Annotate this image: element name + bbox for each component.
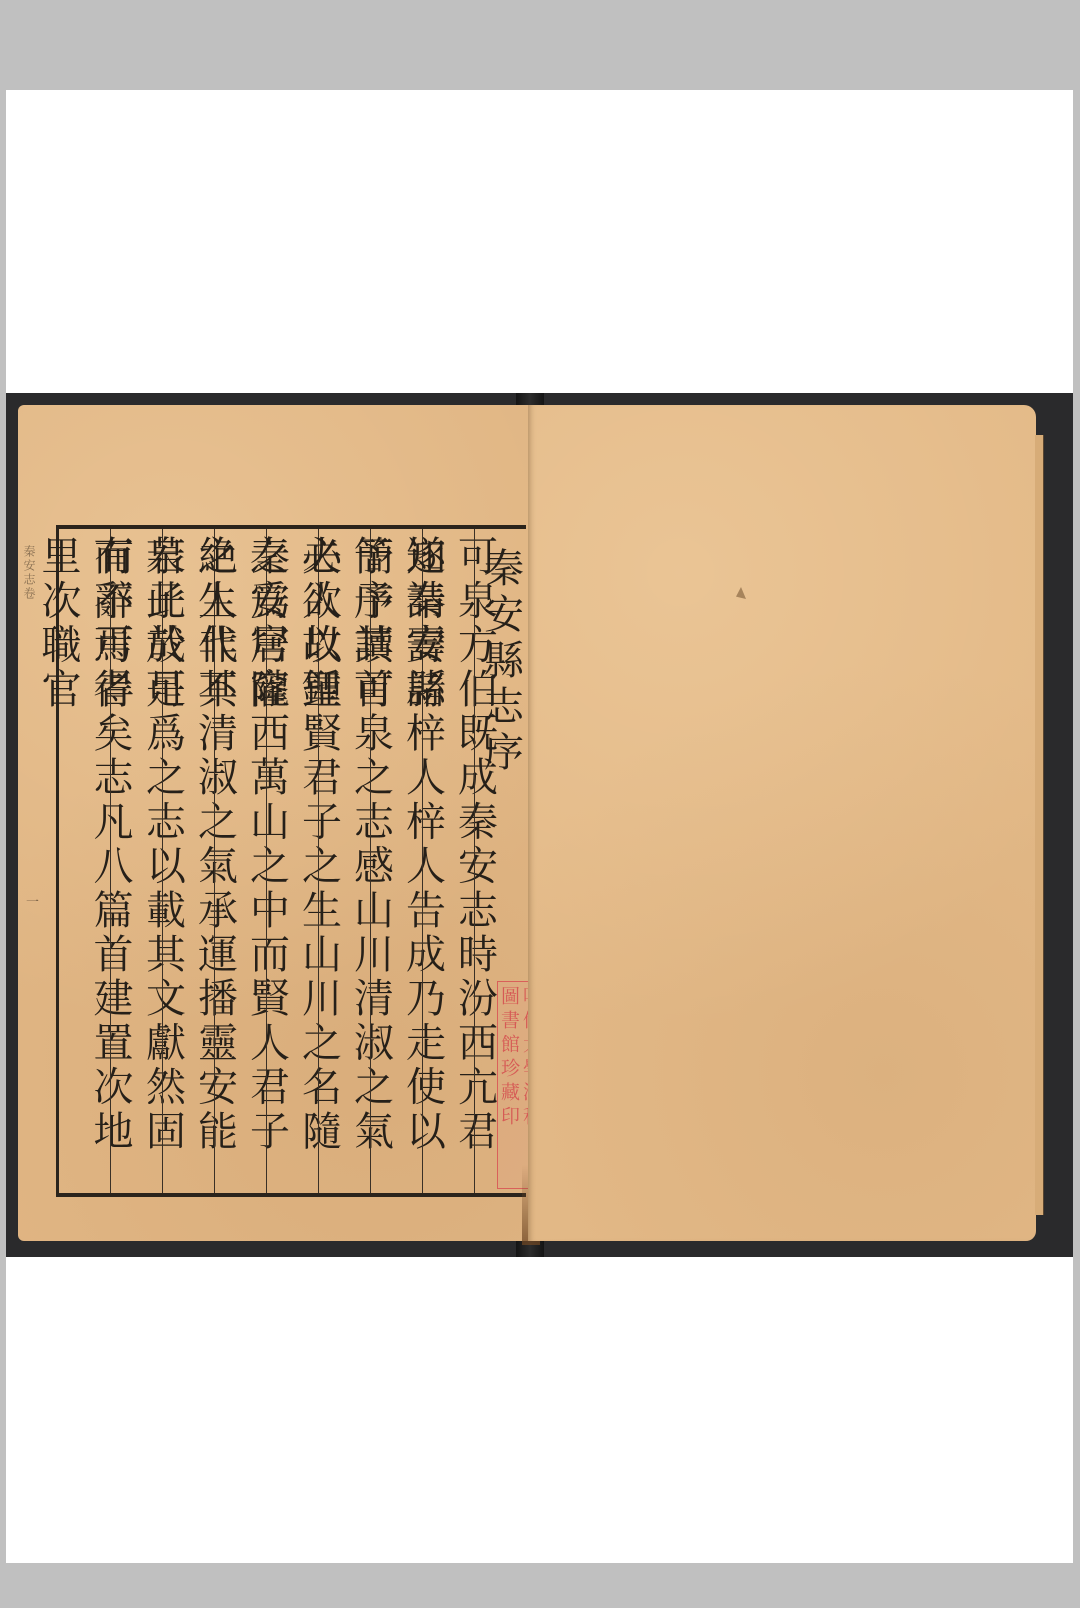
seal-text-line: 圖書館珍藏印 [499,982,519,1188]
right-page [528,405,1036,1241]
paper-stain [736,587,746,599]
text-block: 秦安縣志序 可泉方伯既成秦安志時汾西亢君知秦安縣 遂請壽諸梓人梓人告成乃走使以予… [56,525,526,1197]
page-edge [1035,435,1044,1215]
text-column: 可泉方伯既成秦安志時汾西亢君知秦安縣 [422,529,474,1193]
left-page: 秦安志卷 一 秦安縣志序 可泉方伯既成秦安志時汾西亢君知秦安縣 遂請壽諸梓人梓人… [18,405,530,1241]
text-columns: 秦安縣志序 可泉方伯既成秦安志時汾西亢君知秦安縣 遂請壽諸梓人梓人告成乃走使以予… [59,529,526,1193]
book-scan: 秦安志卷 一 秦安縣志序 可泉方伯既成秦安志時汾西亢君知秦安縣 遂請壽諸梓人梓人… [6,393,1073,1257]
